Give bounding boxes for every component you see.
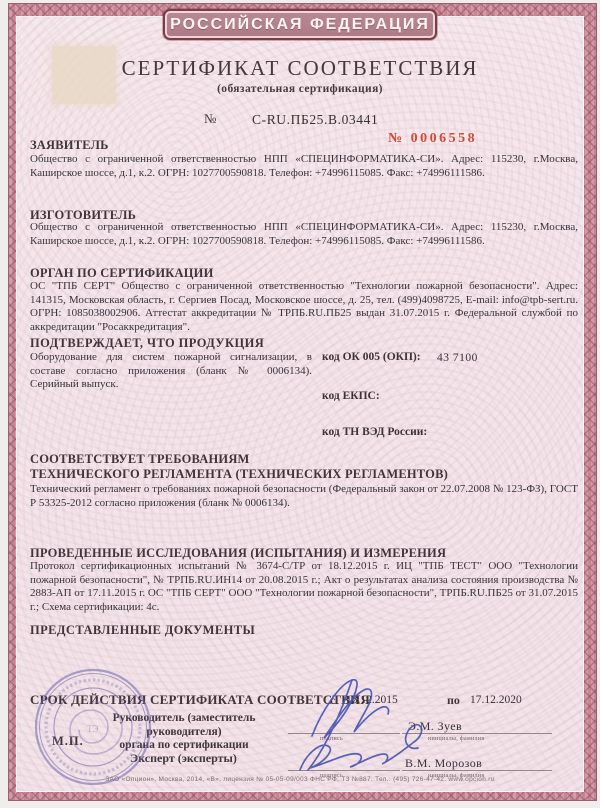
printer-imprint: ЗАО «Опцион», Москва, 2014, «В», лицензи…	[0, 776, 600, 783]
product-text: Оборудование для систем пожарной сигнали…	[30, 351, 312, 392]
blank-serial-number: № 0006558	[388, 131, 477, 147]
cert-number-sign: №	[204, 111, 216, 127]
code-okp-label: код ОК 005 (ОКП):	[322, 351, 421, 363]
scanned-certificate-page: РОССИЙСКАЯ ФЕДЕРАЦИЯ СЕРТИФИКАТ СООТВЕТС…	[0, 0, 600, 808]
requirements-heading-line2: ТЕХНИЧЕСКОГО РЕГЛАМЕНТА (ТЕХНИЧЕСКИХ РЕГ…	[30, 467, 448, 482]
code-okp-value: 43 7100	[437, 352, 478, 364]
requirements-heading-line1: СООТВЕТСТВУЕТ ТРЕБОВАНИЯМ	[30, 452, 250, 467]
certificate-subtitle: (обязательная сертификация)	[0, 83, 600, 95]
applicant-text: Общество с ограниченной ответственностью…	[30, 153, 578, 180]
product-heading: ПОДТВЕРЖДАЕТ, ЧТО ПРОДУКЦИЯ	[30, 336, 264, 351]
certification-stamp: ТЭ	[32, 666, 154, 788]
cert-number: C-RU.ПБ25.В.03441	[252, 112, 378, 128]
code-tnved-label: код ТН ВЭД России:	[322, 426, 427, 438]
country-banner: РОССИЙСКАЯ ФЕДЕРАЦИЯ	[163, 9, 437, 40]
tests-heading: ПРОВЕДЕННЫЕ ИССЛЕДОВАНИЯ (ИСПЫТАНИЯ) И И…	[30, 546, 446, 561]
manufacturer-text: Общество с ограниченной ответственностью…	[30, 221, 578, 248]
certification-body-text: ОС "ТПБ СЕРТ" Общество с ограниченной от…	[30, 280, 578, 334]
head-signature-scribble	[312, 680, 389, 738]
requirements-text: Технический регламент о требованиях пожа…	[30, 483, 578, 510]
code-ekps-label: код ЕКПС:	[322, 390, 380, 402]
head-signature-tail	[308, 680, 352, 770]
applicant-heading: ЗАЯВИТЕЛЬ	[30, 138, 109, 153]
country-banner-label: РОССИЙСКАЯ ФЕДЕРАЦИЯ	[170, 16, 430, 34]
signature-scribbles	[278, 662, 458, 787]
validity-to-date: 17.12.2020	[470, 694, 522, 706]
svg-text:ТЭ: ТЭ	[87, 724, 98, 734]
certificate-title: СЕРТИФИКАТ СООТВЕТСТВИЯ	[0, 56, 600, 81]
documents-heading: ПРЕДСТАВЛЕННЫЕ ДОКУМЕНТЫ	[30, 623, 255, 638]
tests-text: Протокол сертификационных испытаний № 36…	[30, 560, 578, 614]
expert-signature-scribble	[300, 725, 422, 770]
certification-body-heading: ОРГАН ПО СЕРТИФИКАЦИИ	[30, 266, 214, 281]
